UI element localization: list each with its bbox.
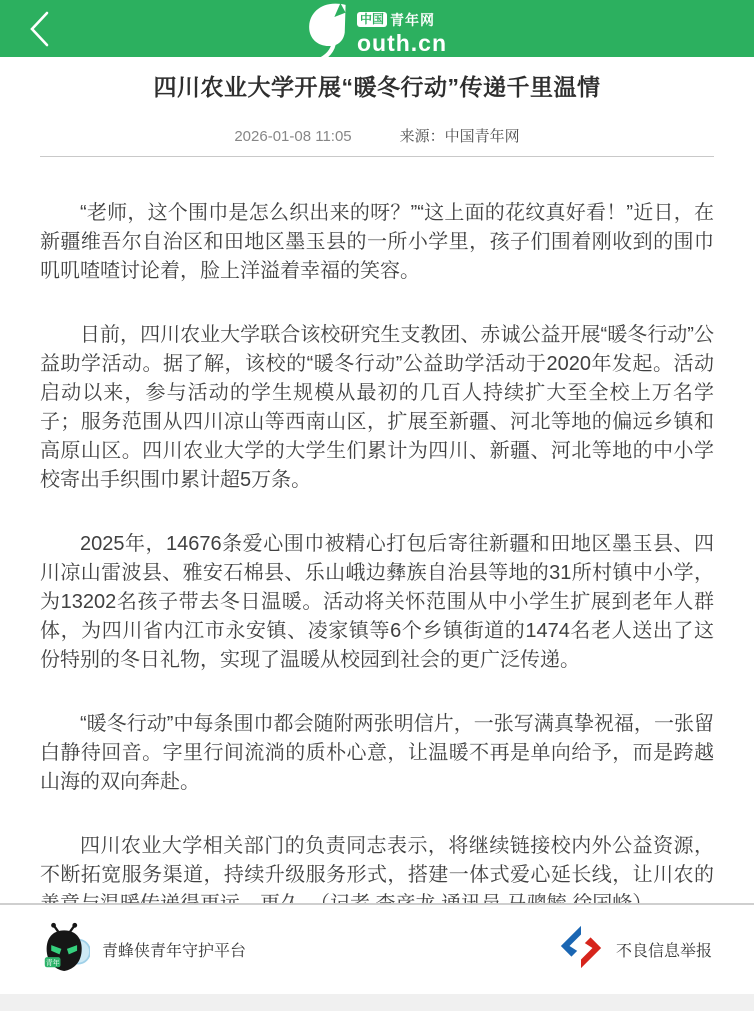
- article-paragraph: 日前，四川农业大学联合该校研究生支教团、赤诚公益开展“暖冬行动”公益助学活动。据…: [40, 321, 714, 495]
- bee-badge-text: 青年: [46, 958, 60, 967]
- back-button[interactable]: [24, 10, 54, 50]
- footer-row: 青年 青蜂侠青年守护平台 不良信息举报: [0, 905, 754, 994]
- article-paragraph: “暖冬行动”中每条围巾都会随附两张明信片，一张写满真挚祝福，一张留白静待回音。字…: [40, 710, 714, 797]
- report-diamond-icon: [558, 924, 604, 975]
- article: 四川农业大学开展“暖冬行动”传递千里温情 2026-01-08 11:05 来源…: [0, 69, 754, 919]
- site-logo[interactable]: 中国 青年网 outh.cn: [307, 4, 447, 56]
- footer-left-link[interactable]: 青年 青蜂侠青年守护平台: [42, 922, 246, 977]
- logo-wordmark: outh.cn: [357, 30, 447, 56]
- logo-badge-suffix: 青年网: [390, 10, 435, 30]
- qingfengxia-bee-icon: 青年: [42, 922, 90, 977]
- app-header: 中国 青年网 outh.cn: [0, 0, 754, 57]
- footer-left-label: 青蜂侠青年守护平台: [102, 938, 246, 961]
- bottom-bar: [0, 994, 754, 1011]
- article-paragraph: 2025年，14676条爱心围巾被精心打包后寄往新疆和田地区墨玉县、四川凉山雷波…: [40, 530, 714, 675]
- article-paragraph: “老师，这个围巾是怎么织出来的呀？”“这上面的花纹真好看！”近日，在新疆维吾尔自…: [40, 199, 714, 286]
- logo-text: 中国 青年网 outh.cn: [357, 4, 447, 56]
- ginkgo-leaf-icon: [307, 4, 353, 56]
- article-title: 四川农业大学开展“暖冬行动”传递千里温情: [40, 69, 714, 102]
- article-meta: 2026-01-08 11:05 来源：中国青年网: [0, 125, 754, 146]
- footer-report-label: 不良信息举报: [616, 938, 712, 961]
- logo-badge: 中国: [357, 12, 387, 27]
- chevron-left-icon: [28, 35, 50, 50]
- footer-report-link[interactable]: 不良信息举报: [558, 924, 712, 975]
- publish-date: 2026-01-08 11:05: [234, 128, 351, 145]
- source-label: 来源：中国青年网: [400, 125, 520, 146]
- article-body: “老师，这个围巾是怎么织出来的呀？”“这上面的花纹真好看！”近日，在新疆维吾尔自…: [0, 157, 754, 919]
- page-footer: 青年 青蜂侠青年守护平台 不良信息举报: [0, 903, 754, 1011]
